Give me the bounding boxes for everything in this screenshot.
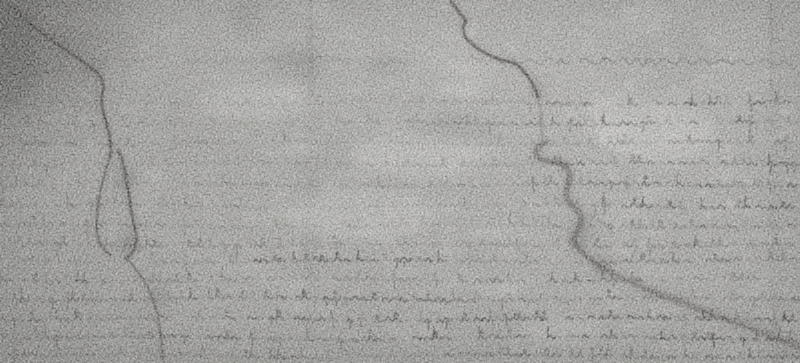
scan-canvas <box>0 0 800 363</box>
grain-layer <box>0 0 800 363</box>
manuscript-scan: scanned historical manuscript page <box>0 0 800 363</box>
